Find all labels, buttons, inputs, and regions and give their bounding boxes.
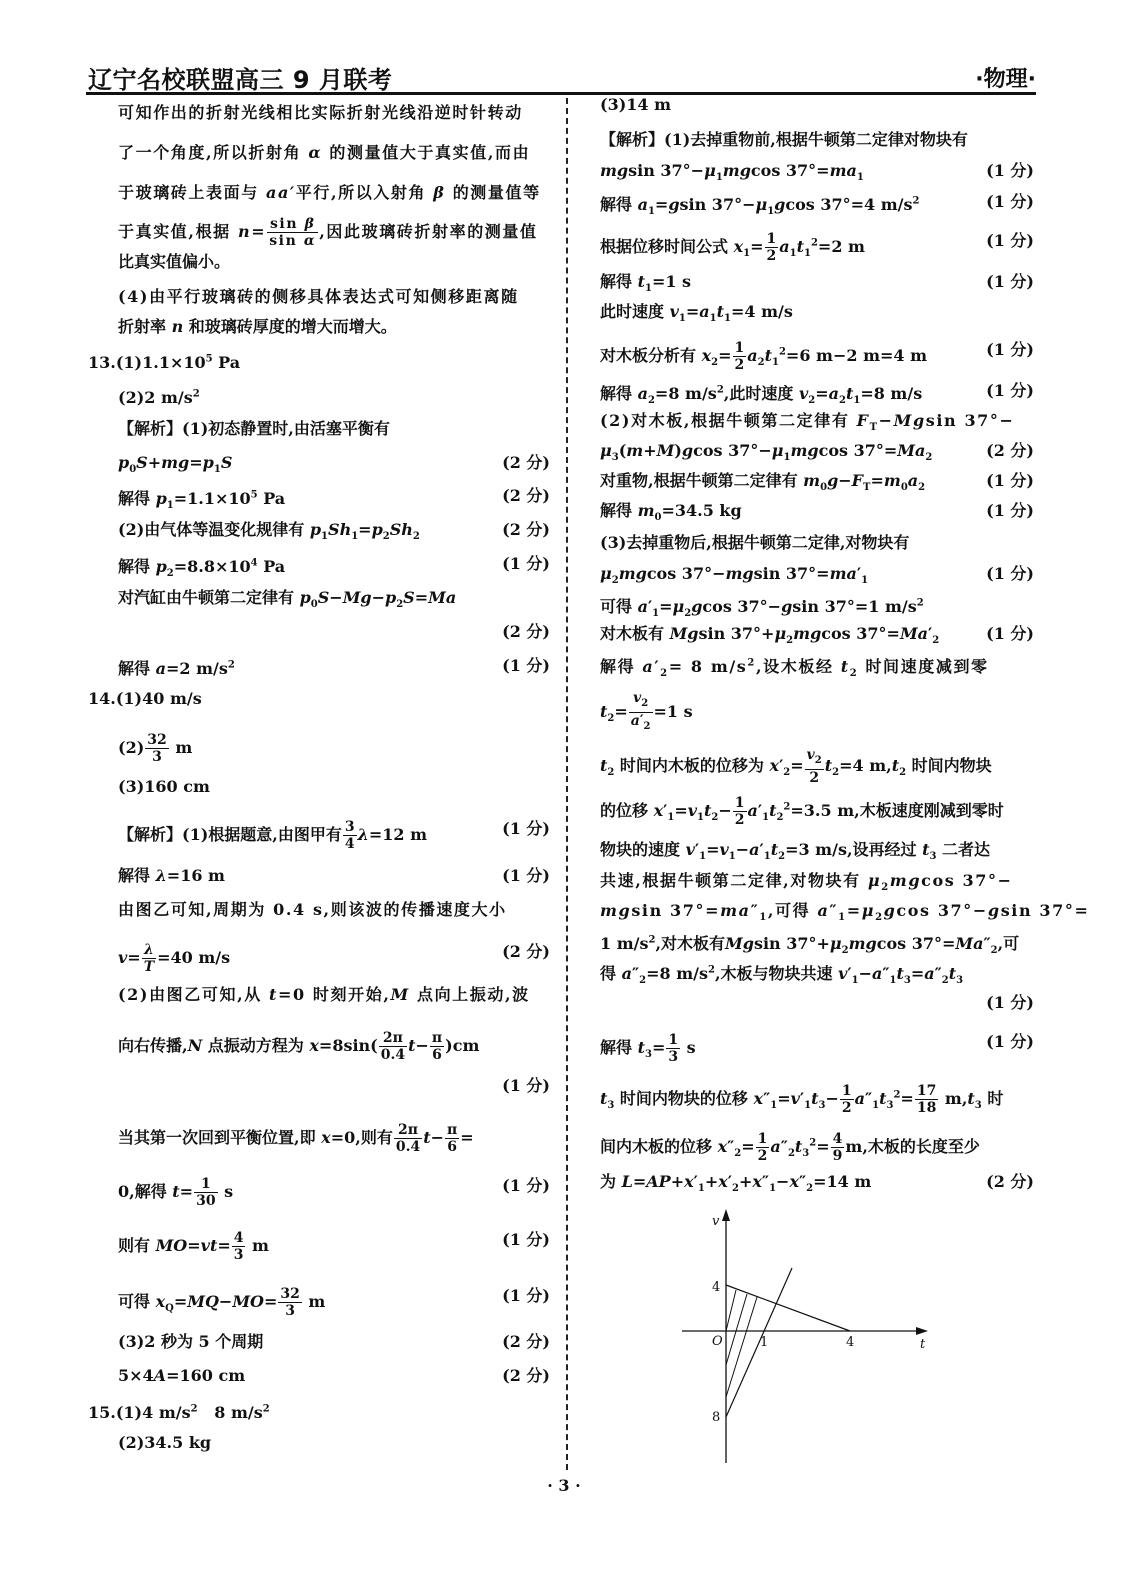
line-text: 对木板有 Mgsin 37°+μ2mgcos 37°=Ma′2 bbox=[600, 624, 939, 643]
line-text: 1 m/s2,对木板有Mgsin 37°+μ2mgcos 37°=Ma″2,可 bbox=[600, 934, 1019, 953]
text-line: 解得 a=2 m/s2(1 分) bbox=[118, 656, 550, 679]
line-text: 解得 a2=8 m/s2,此时速度 v2=a2t1=8 m/s bbox=[600, 384, 922, 403]
score-mark: (1 分) bbox=[986, 192, 1034, 212]
line-text: 解得 λ=16 m bbox=[118, 866, 225, 885]
text-line: 解得 m0=34.5 kg(1 分) bbox=[600, 501, 1034, 528]
score-mark: (1 分) bbox=[986, 161, 1034, 181]
text-line: (2)34.5 kg bbox=[118, 1433, 550, 1453]
text-line: 解得 λ=16 m(1 分) bbox=[118, 866, 550, 886]
score-mark: (1 分) bbox=[986, 564, 1034, 584]
score-mark: (2 分) bbox=[502, 1332, 550, 1352]
text-line: μ3(m+M)gcos 37°−μ1mgcos 37°=Ma2(2 分) bbox=[600, 441, 1034, 468]
score-mark: (1 分) bbox=[986, 471, 1034, 491]
score-mark: (1 分) bbox=[986, 501, 1034, 521]
line-text: 根据位移时间公式 x1=12a1t12=2 m bbox=[600, 237, 865, 256]
score-mark: (2 分) bbox=[986, 441, 1034, 461]
line-text: 则有 MO=vt=43 m bbox=[118, 1236, 269, 1255]
axis-label-v: v bbox=[712, 1214, 720, 1229]
score-mark: (1 分) bbox=[502, 819, 550, 839]
line-text: 解得 m0=34.5 kg bbox=[600, 501, 742, 520]
text-line: 了一个角度,所以折射角 α 的测量值大于真实值,而由 bbox=[118, 143, 550, 163]
text-line: 得 a″2=8 m/s2,木板与物块共速 v′1−a″1t3=a″2t3 bbox=[600, 961, 1034, 992]
text-line: 对木板有 Mgsin 37°+μ2mgcos 37°=Ma′2(1 分) bbox=[600, 624, 1034, 651]
text-line: 解得 t1=1 s(1 分) bbox=[600, 272, 1034, 299]
text-line: (3)160 cm bbox=[118, 777, 550, 797]
line-text: (3)2 秒为 5 个周期 bbox=[118, 1332, 263, 1351]
score-mark: (1 分) bbox=[502, 1286, 550, 1306]
line-text: 解得 a=2 m/s2 bbox=[118, 659, 235, 678]
line-text: 解得 t3=13 s bbox=[600, 1038, 696, 1057]
text-line: v=λT=40 m/s(2 分) bbox=[118, 942, 550, 975]
line-text: 【解析】(1)根据题意,由图甲有34λ=12 m bbox=[118, 825, 427, 844]
text-line: 解得 a1=gsin 37°−μ1gcos 37°=4 m/s2(1 分) bbox=[600, 192, 1034, 223]
score-mark: (1 分) bbox=[502, 554, 550, 574]
line-text: 解得 a1=gsin 37°−μ1gcos 37°=4 m/s2 bbox=[600, 195, 919, 214]
score-mark: (1 分) bbox=[986, 231, 1034, 251]
text-line: 13.(1)1.1×105 Pa bbox=[88, 350, 520, 373]
line-text: 折射率 n 和玻璃砖厚度的增大而增大。 bbox=[118, 317, 397, 336]
text-line: mgsin 37°−μ1mgcos 37°=ma1(1 分) bbox=[600, 161, 1034, 188]
line-text: (2)2 m/s2 bbox=[118, 388, 200, 407]
text-line: 折射率 n 和玻璃砖厚度的增大而增大。 bbox=[118, 317, 550, 337]
text-line: 根据位移时间公式 x1=12a1t12=2 m(1 分) bbox=[600, 231, 1034, 264]
line-text: (2)323 m bbox=[118, 738, 192, 757]
line-text: (3)去掉重物后,根据牛顿第二定律,对物块有 bbox=[600, 533, 909, 552]
line-text: 解得 a′2= 8 m/s2,设木板经 t2 时间速度减到零 bbox=[600, 657, 989, 676]
text-line: 可得 xQ=MQ−MO=323 m(1 分) bbox=[118, 1286, 550, 1319]
text-line: 对木板分析有 x2=12a2t12=6 m−2 m=4 m(1 分) bbox=[600, 340, 1034, 373]
line-text: v=λT=40 m/s bbox=[118, 948, 230, 967]
vt-graph-figure: v t O 4 8 1 4 bbox=[670, 1205, 940, 1475]
text-line: (4)由平行玻璃砖的侧移具体表达式可知侧移距离随 bbox=[118, 287, 550, 307]
line-text: 【解析】(1)初态静置时,由活塞平衡有 bbox=[118, 419, 390, 438]
text-line: 对重物,根据牛顿第二定律有 m0g−FT=m0a2(1 分) bbox=[600, 471, 1034, 498]
text-line: 的位移 x′1=v1t2−12a′1t22=3.5 m,木板速度刚减到零时 bbox=[600, 795, 1034, 828]
score-mark: (1 分) bbox=[502, 1176, 550, 1196]
text-line: 解得 p2=8.8×104 Pa(1 分) bbox=[118, 554, 550, 585]
text-line: 对汽缸由牛顿第二定律有 p0S−Mg−p2S=Ma bbox=[118, 588, 550, 615]
score-mark: (1 分) bbox=[986, 272, 1034, 292]
line-text: 于真实值,根据 n=sin βsin α,因此玻璃砖折射率的测量值 bbox=[118, 222, 538, 241]
line-text: 为 L=AP+x′1+x′2+x″1−x″2=14 m bbox=[600, 1172, 871, 1191]
line-text: (2)由图乙可知,从 t=0 时刻开始,M 点向上振动,波 bbox=[118, 985, 530, 1004]
score-mark: (2 分) bbox=[502, 622, 550, 642]
tick-label-1-t: 1 bbox=[760, 1335, 768, 1350]
score-mark: (2 分) bbox=[502, 486, 550, 506]
line-text: 15.(1)4 m/s2 8 m/s2 bbox=[88, 1403, 270, 1422]
text-line: t2 时间内木板的位移为 x′2=v22t2=4 m,t2 时间内物块 bbox=[600, 747, 1034, 786]
tick-label-4-v: 4 bbox=[712, 1280, 720, 1295]
line-text: 间内木板的位移 x″2=12a″2t32=49m,木板的长度至少 bbox=[600, 1137, 980, 1156]
text-line: mgsin 37°=ma″1,可得 a″1=μ2gcos 37°−gsin 37… bbox=[600, 901, 1034, 928]
text-line: (2)由气体等温变化规律有 p1Sh1=p2Sh2(2 分) bbox=[118, 520, 550, 547]
line-text: 此时速度 v1=a1t1=4 m/s bbox=[600, 302, 793, 321]
text-line: (2)2 m/s2 bbox=[118, 385, 550, 408]
line-text: 比真实值偏小。 bbox=[118, 252, 230, 271]
text-line: 【解析】(1)根据题意,由图甲有34λ=12 m(1 分) bbox=[118, 819, 550, 852]
line-text: (4)由平行玻璃砖的侧移具体表达式可知侧移距离随 bbox=[118, 287, 519, 306]
line-text: μ2mgcos 37°−mgsin 37°=ma′1 bbox=[600, 564, 868, 583]
line-text: mgsin 37°=ma″1,可得 a″1=μ2gcos 37°−gsin 37… bbox=[600, 901, 1089, 920]
line-text: 解得 t1=1 s bbox=[600, 272, 691, 291]
score-mark: (1 分) bbox=[502, 1076, 550, 1096]
line-text: 0,解得 t=130 s bbox=[118, 1182, 233, 1201]
text-line: (2)由图乙可知,从 t=0 时刻开始,M 点向上振动,波 bbox=[118, 985, 550, 1005]
line-text: t2 时间内木板的位移为 x′2=v22t2=4 m,t2 时间内物块 bbox=[600, 756, 992, 775]
score-mark: (1 分) bbox=[502, 1230, 550, 1250]
text-line: 可知作出的折射光线相比实际折射光线沿逆时针转动 bbox=[118, 103, 550, 123]
line-text: 可知作出的折射光线相比实际折射光线沿逆时针转动 bbox=[118, 103, 523, 122]
text-line: 由图乙可知,周期为 0.4 s,则该波的传播速度大小 bbox=[118, 900, 550, 920]
line-text: 的位移 x′1=v1t2−12a′1t22=3.5 m,木板速度刚减到零时 bbox=[600, 801, 1004, 820]
score-mark: (1 分) bbox=[986, 381, 1034, 401]
line-text: 向右传播,N 点振动方程为 x=8sin(2π0.4t−π6)cm bbox=[118, 1036, 479, 1055]
text-line: 解得 a′2= 8 m/s2,设木板经 t2 时间速度减到零 bbox=[600, 654, 1034, 685]
line-text: 对重物,根据牛顿第二定律有 m0g−FT=m0a2 bbox=[600, 471, 925, 490]
text-line: 1 m/s2,对木板有Mgsin 37°+μ2mgcos 37°=Ma″2,可 bbox=[600, 931, 1034, 962]
line-text: (3)160 cm bbox=[118, 777, 210, 796]
score-mark: (2 分) bbox=[502, 942, 550, 962]
line-text: 可得 a′1=μ2gcos 37°−gsin 37°=1 m/s2 bbox=[600, 597, 924, 616]
line-text: 对木板分析有 x2=12a2t12=6 m−2 m=4 m bbox=[600, 346, 927, 365]
score-mark: (1 分) bbox=[502, 656, 550, 676]
text-line: 【解析】(1)初态静置时,由活塞平衡有 bbox=[118, 419, 550, 439]
line-text: t2=v2a′2=1 s bbox=[600, 702, 693, 721]
line-text: 物块的速度 v′1=v1−a′1t2=3 m/s,设再经过 t3 二者达 bbox=[600, 840, 990, 859]
text-line: 物块的速度 v′1=v1−a′1t2=3 m/s,设再经过 t3 二者达 bbox=[600, 840, 1034, 867]
line-text: (2)对木板,根据牛顿第二定律有 FT−Mgsin 37°− bbox=[600, 411, 1015, 430]
tick-label-8-v: 8 bbox=[712, 1410, 720, 1425]
text-line: 间内木板的位移 x″2=12a″2t32=49m,木板的长度至少 bbox=[600, 1131, 1034, 1164]
line-text: 【解析】(1)去掉重物前,根据牛顿第二定律对物块有 bbox=[600, 130, 968, 149]
score-mark: (1 分) bbox=[986, 1032, 1034, 1052]
text-line: 当其第一次回到平衡位置,即 x=0,则有2π0.4t−π6= bbox=[118, 1122, 550, 1155]
text-line: 共速,根据牛顿第二定律,对物块有 μ2mgcos 37°− bbox=[600, 871, 1034, 898]
tick-label-4-t: 4 bbox=[846, 1335, 854, 1350]
text-line: 则有 MO=vt=43 m(1 分) bbox=[118, 1230, 550, 1263]
line-text: 由图乙可知,周期为 0.4 s,则该波的传播速度大小 bbox=[118, 900, 507, 919]
line-text: 13.(1)1.1×105 Pa bbox=[88, 353, 240, 372]
text-line: 解得 a2=8 m/s2,此时速度 v2=a2t1=8 m/s(1 分) bbox=[600, 381, 1034, 412]
line-text: mgsin 37°−μ1mgcos 37°=ma1 bbox=[600, 161, 864, 180]
text-line: 0,解得 t=130 s(1 分) bbox=[118, 1176, 550, 1209]
score-mark: (1 分) bbox=[986, 340, 1034, 360]
text-line: (3)去掉重物后,根据牛顿第二定律,对物块有 bbox=[600, 533, 1034, 553]
text-line: 14.(1)40 m/s bbox=[88, 689, 520, 709]
text-line: 解得 t3=13 s(1 分) bbox=[600, 1032, 1034, 1065]
axis-label-t: t bbox=[920, 1337, 926, 1352]
line-text: t3 时间内物块的位移 x″1=v′1t3−12a″1t32=1718 m,t3… bbox=[600, 1089, 1003, 1108]
text-line: 15.(1)4 m/s2 8 m/s2 bbox=[88, 1400, 520, 1423]
line-text: 当其第一次回到平衡位置,即 x=0,则有2π0.4t−π6= bbox=[118, 1128, 474, 1147]
text-line: 5×4A=160 cm(2 分) bbox=[118, 1366, 550, 1386]
page-number: · 3 · bbox=[0, 1476, 1128, 1495]
line-text: p0S+mg=p1S bbox=[118, 453, 232, 472]
text-line: p0S+mg=p1S(2 分) bbox=[118, 453, 550, 480]
line-text: 对汽缸由牛顿第二定律有 p0S−Mg−p2S=Ma bbox=[118, 588, 456, 607]
header-subject: ·物理· bbox=[975, 62, 1036, 93]
score-mark: (1 分) bbox=[986, 624, 1034, 644]
text-line: t3 时间内物块的位移 x″1=v′1t3−12a″1t32=1718 m,t3… bbox=[600, 1083, 1034, 1116]
text-line: 【解析】(1)去掉重物前,根据牛顿第二定律对物块有 bbox=[600, 130, 1034, 150]
line-text: (2)34.5 kg bbox=[118, 1433, 211, 1452]
line-text: 于玻璃砖上表面与 aa′平行,所以入射角 β 的测量值等 bbox=[118, 183, 541, 202]
text-line: 解得 p1=1.1×105 Pa(2 分) bbox=[118, 486, 550, 517]
line-text: 5×4A=160 cm bbox=[118, 1366, 245, 1385]
line-text: 共速,根据牛顿第二定律,对物块有 μ2mgcos 37°− bbox=[600, 871, 1013, 890]
text-line: (2)323 m bbox=[118, 732, 550, 765]
text-line: (2)对木板,根据牛顿第二定律有 FT−Mgsin 37°− bbox=[600, 411, 1034, 438]
text-line: 可得 a′1=μ2gcos 37°−gsin 37°=1 m/s2 bbox=[600, 594, 1034, 625]
text-line: t2=v2a′2=1 s bbox=[600, 690, 1034, 735]
text-line: 比真实值偏小。 bbox=[118, 252, 550, 272]
text-line: 于玻璃砖上表面与 aa′平行,所以入射角 β 的测量值等 bbox=[118, 183, 550, 203]
line-text: μ3(m+M)gcos 37°−μ1mgcos 37°=Ma2 bbox=[600, 441, 932, 460]
score-mark: (2 分) bbox=[986, 1172, 1034, 1192]
text-line: 为 L=AP+x′1+x′2+x″1−x″2=14 m(2 分) bbox=[600, 1172, 1034, 1199]
header-title: 辽宁名校联盟高三 9 月联考 bbox=[88, 60, 392, 95]
text-line: (3)2 秒为 5 个周期(2 分) bbox=[118, 1332, 550, 1352]
score-mark: (2 分) bbox=[502, 453, 550, 473]
text-line: (3)14 m bbox=[600, 95, 1034, 115]
text-line: μ2mgcos 37°−mgsin 37°=ma′1(1 分) bbox=[600, 564, 1034, 591]
text-line: 于真实值,根据 n=sin βsin α,因此玻璃砖折射率的测量值 bbox=[118, 216, 550, 249]
line-text: 可得 xQ=MQ−MO=323 m bbox=[118, 1292, 325, 1311]
line-text: (2)由气体等温变化规律有 p1Sh1=p2Sh2 bbox=[118, 520, 420, 539]
score-mark: (1 分) bbox=[502, 866, 550, 886]
text-line: 此时速度 v1=a1t1=4 m/s bbox=[600, 302, 1034, 329]
line-text: 得 a″2=8 m/s2,木板与物块共速 v′1−a″1t3=a″2t3 bbox=[600, 964, 963, 983]
text-line: 向右传播,N 点振动方程为 x=8sin(2π0.4t−π6)cm bbox=[118, 1030, 550, 1063]
score-mark: (2 分) bbox=[502, 1366, 550, 1386]
line-text: (3)14 m bbox=[600, 95, 671, 114]
line-text: 了一个角度,所以折射角 α 的测量值大于真实值,而由 bbox=[118, 143, 530, 162]
column-divider bbox=[566, 98, 568, 1470]
score-mark: (1 分) bbox=[986, 993, 1034, 1013]
line-text: 14.(1)40 m/s bbox=[88, 689, 202, 708]
line-text: 解得 p2=8.8×104 Pa bbox=[118, 557, 285, 576]
origin-label: O bbox=[712, 1334, 723, 1349]
line-text: 解得 p1=1.1×105 Pa bbox=[118, 489, 285, 508]
score-mark: (2 分) bbox=[502, 520, 550, 540]
